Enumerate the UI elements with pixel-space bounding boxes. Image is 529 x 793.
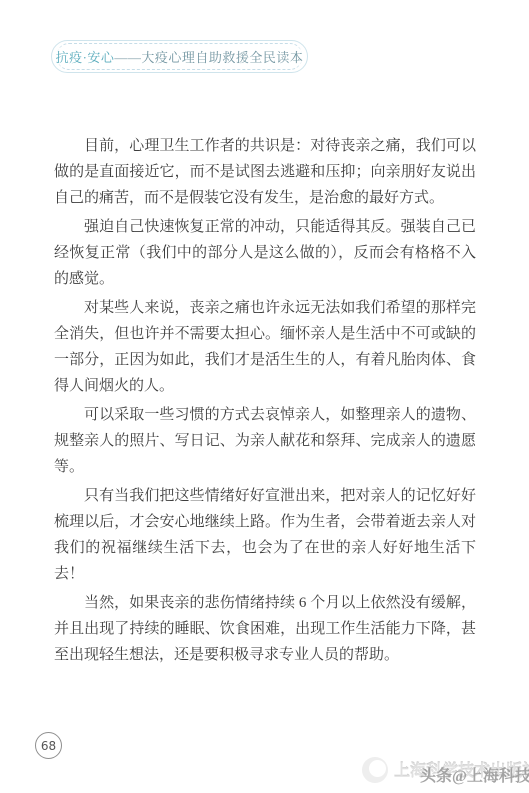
paragraph: 目前，心理卫生工作者的共识是：对待丧亲之痛，我们可以做的是直面接近它，而不是试图… xyxy=(54,133,476,211)
page-number: 68 xyxy=(41,739,56,753)
chapter-header-badge: 抗疫·安心——大疫心理自助救援全民读本 xyxy=(51,40,308,73)
page-body: 目前，心理卫生工作者的共识是：对待丧亲之痛，我们可以做的是直面接近它，而不是试图… xyxy=(54,133,476,671)
paragraph: 只有当我们把这些情绪好好宣泄出来，把对亲人的记忆好好梳理以后，才会安心地继续上路… xyxy=(54,483,476,587)
paragraph: 强迫自己快速恢复正常的冲动，只能适得其反。强装自己已经恢复正常（我们中的部分人是… xyxy=(54,214,476,292)
paragraph: 当然，如果丧亲的悲伤情绪持续 6 个月以上依然没有缓解，并且出现了持续的睡眠、饮… xyxy=(54,590,476,668)
book-page: 抗疫·安心——大疫心理自助救援全民读本 目前，心理卫生工作者的共识是：对待丧亲之… xyxy=(0,0,529,793)
watermark-logo-icon xyxy=(362,757,388,783)
book-title: 大疫心理自助救援全民读本 xyxy=(141,50,303,65)
watermark-toutiao: 头条@上海科技 xyxy=(420,763,529,786)
page-number-badge: 68 xyxy=(35,732,62,759)
paragraph: 可以采取一些习惯的方式去哀悼亲人，如整理亲人的遗物、规整亲人的照片、写日记、为亲… xyxy=(54,402,476,480)
series-label: 抗疫·安心 xyxy=(56,50,115,65)
paragraph: 对某些人来说，丧亲之痛也许永远无法如我们希望的那样完全消失，但也许并不需要太担心… xyxy=(54,295,476,399)
chapter-header-text: 抗疫·安心——大疫心理自助救援全民读本 xyxy=(56,47,304,66)
title-separator: —— xyxy=(114,50,141,65)
